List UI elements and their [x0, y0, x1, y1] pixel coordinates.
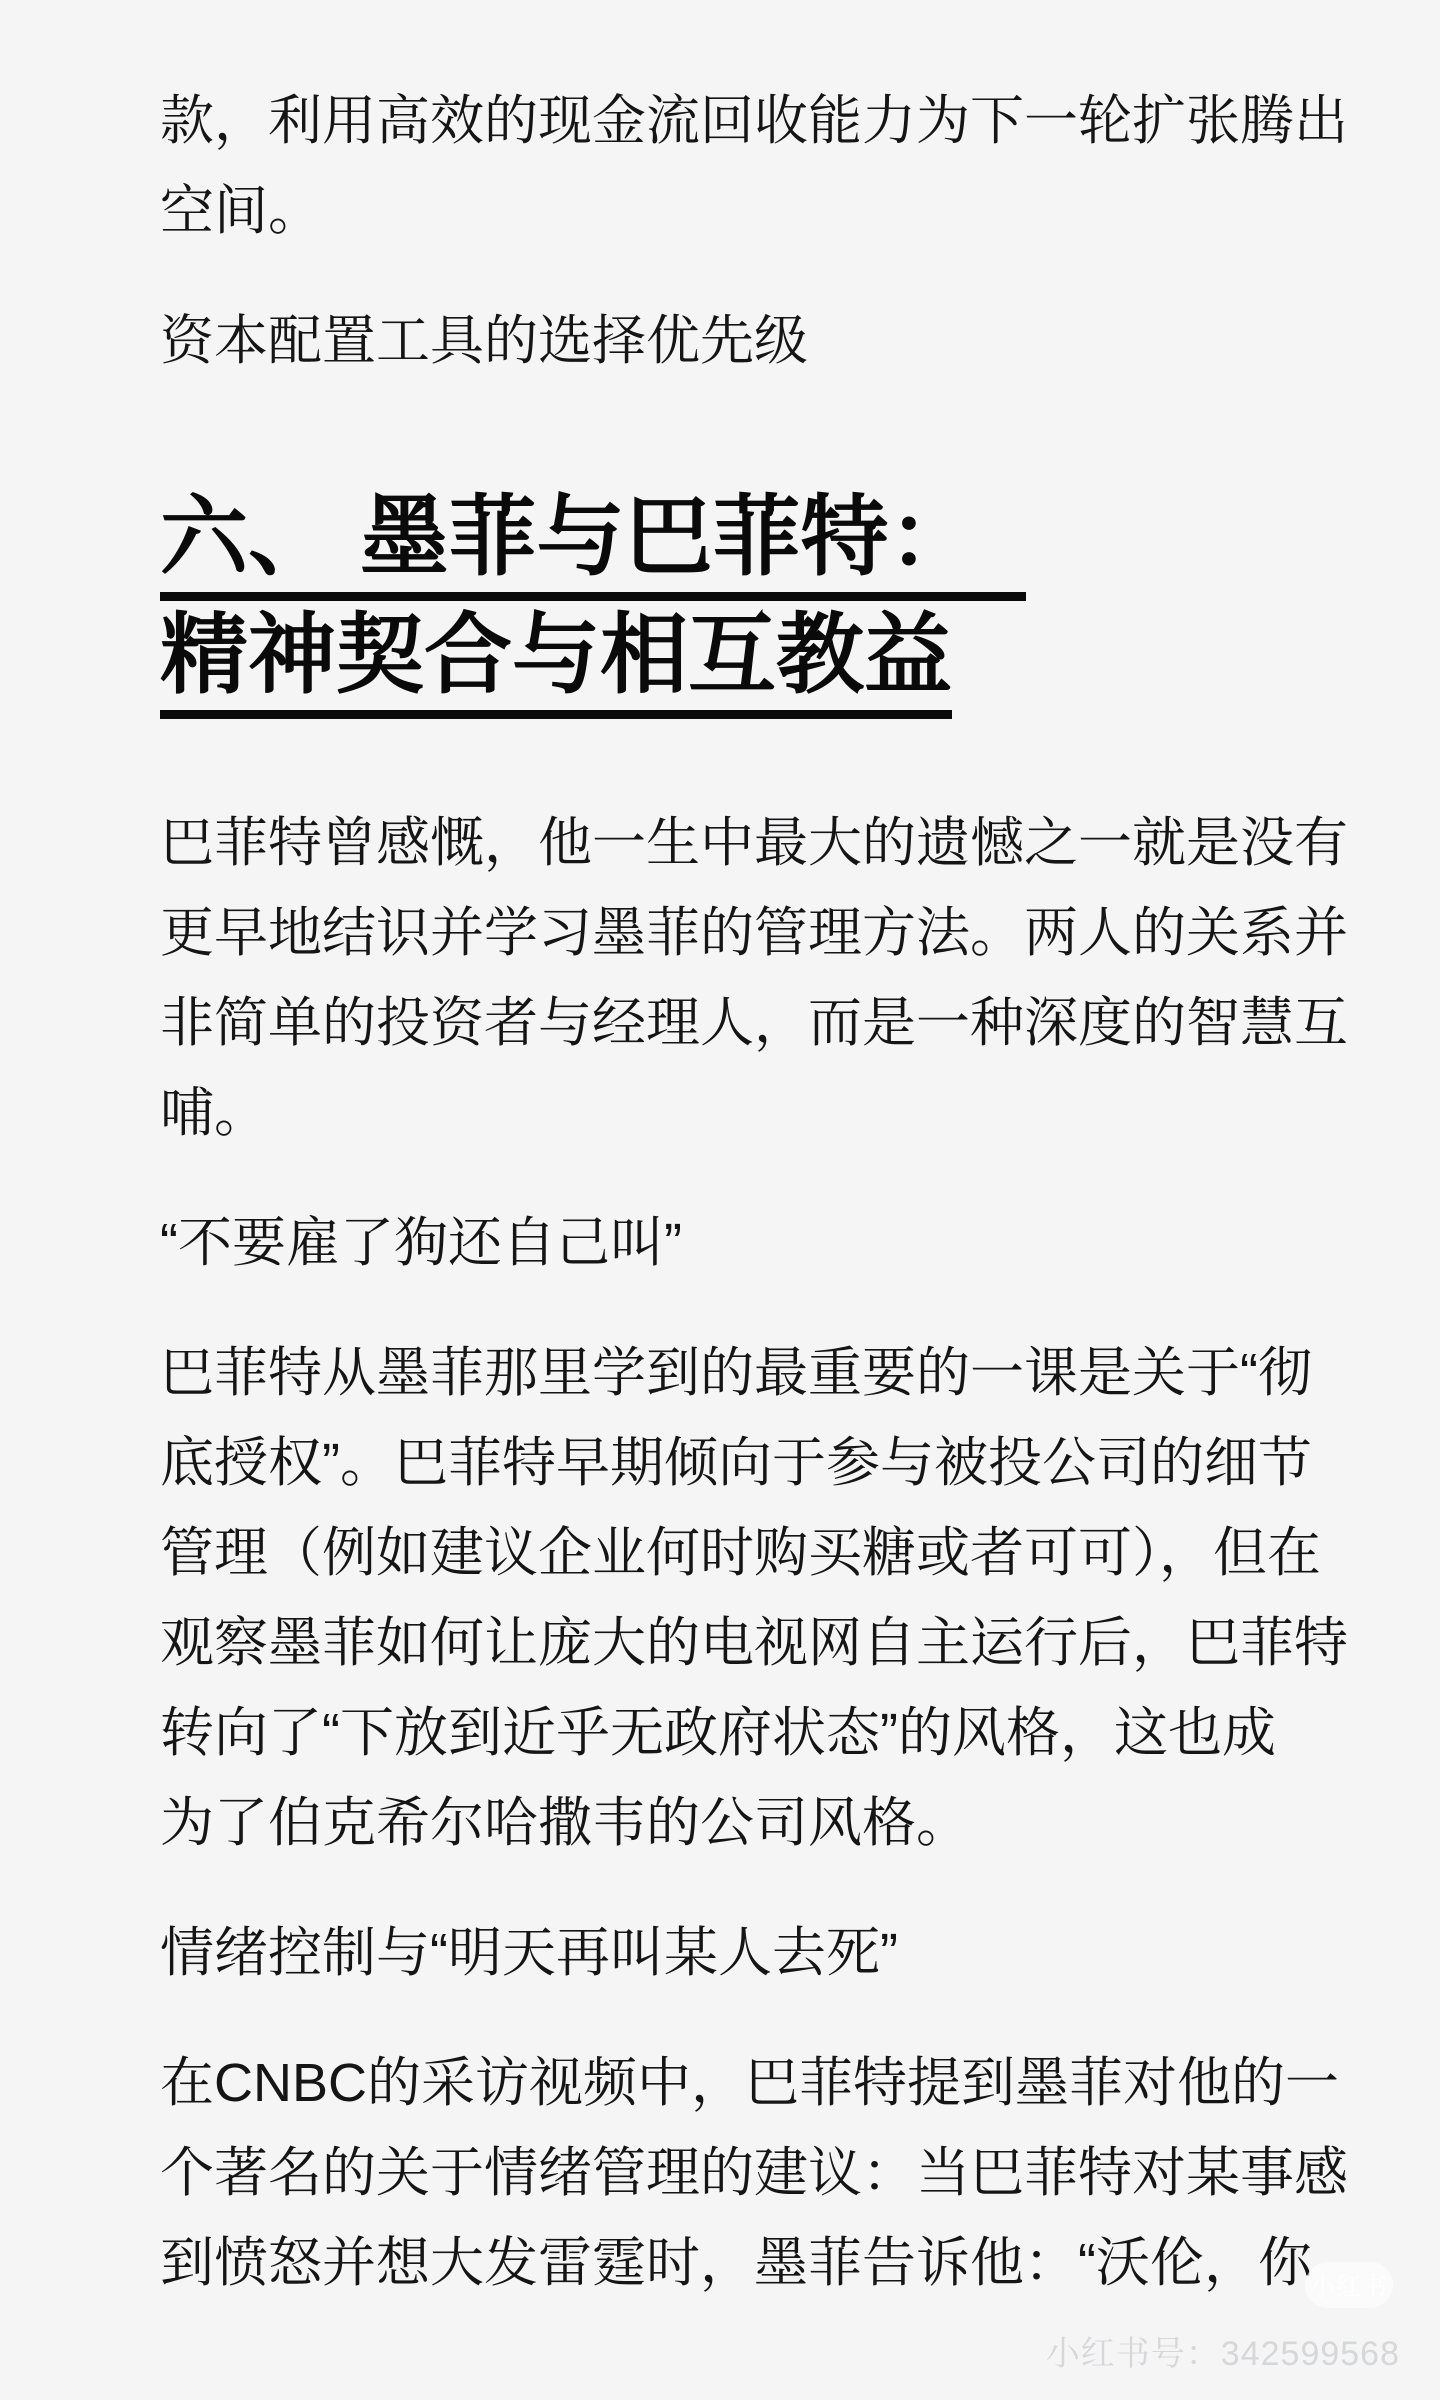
text-line: 更早地结识并学习墨菲的管理方法。两人的关系并: [160, 903, 1348, 963]
section-heading-line-2: 精神契合与相互教益: [160, 605, 952, 719]
text-line: 为了伯克希尔哈撒韦的公司风格。: [160, 1793, 970, 1853]
section-heading-line-1: 六、 墨菲与巴菲特：: [160, 487, 1026, 601]
xiaohongshu-logo-badge: 小红书: [1305, 2262, 1393, 2308]
subheading-emotion-control: 情绪控制与“明天再叫某人去死”: [160, 1908, 1390, 1998]
text-line: 哺。: [160, 1083, 268, 1143]
text-line: 转向了“下放到近乎无政府状态”的风格，这也成: [160, 1703, 1276, 1763]
text-line: “不要雇了狗还自己叫”: [160, 1213, 682, 1273]
paragraph-buffett-regret: 巴菲特曾感慨，他一生中最大的遗憾之一就是没有更早地结识并学习墨菲的管理方法。两人…: [160, 798, 1390, 1158]
section-heading: 六、 墨菲与巴菲特：精神契合与相互教益: [160, 478, 1390, 714]
text-line: 情绪控制与“明天再叫某人去死”: [160, 1923, 898, 1983]
paragraph-capital-allocation: 资本配置工具的选择优先级: [160, 296, 1390, 386]
article-body: 款，利用高效的现金流回收能力为下一轮扩张腾出空间。 资本配置工具的选择优先级 六…: [160, 0, 1390, 2308]
text-line: 非简单的投资者与经理人，而是一种深度的智慧互: [160, 993, 1348, 1053]
text-line: 款，利用高效的现金流回收能力为下一轮扩张腾出: [160, 91, 1348, 151]
text-line: 观察墨菲如何让庞大的电视网自主运行后，巴菲特: [160, 1613, 1348, 1673]
paragraph-cnbc: 在CNBC的采访视频中，巴菲特提到墨菲对他的一个著名的关于情绪管理的建议：当巴菲…: [160, 2038, 1390, 2308]
text-line: 管理（例如建议企业何时购买糖或者可可），但在: [160, 1523, 1321, 1583]
text-line: 巴菲特曾感慨，他一生中最大的遗憾之一就是没有: [160, 813, 1348, 873]
paragraph-intro: 款，利用高效的现金流回收能力为下一轮扩张腾出空间。: [160, 76, 1390, 256]
text-line: 到愤怒并想大发雷霆时，墨菲告诉他：“沃伦，你: [160, 2233, 1312, 2293]
text-line: 空间。: [160, 181, 322, 241]
text-line: 巴菲特从墨菲那里学到的最重要的一课是关于“彻: [160, 1343, 1312, 1403]
text-line: 底授权”。巴菲特早期倾向于参与被投公司的细节: [160, 1433, 1312, 1493]
text-line: 资本配置工具的选择优先级: [160, 311, 808, 371]
xiaohongshu-account-id: 小红书号：342599568: [1046, 2326, 1400, 2375]
text-line: 个著名的关于情绪管理的建议：当巴菲特对某事感: [160, 2143, 1348, 2203]
text-line: 在CNBC的采访视频中，巴菲特提到墨菲对他的一: [160, 2053, 1339, 2113]
xiaohongshu-logo-text: 小红书: [1310, 2267, 1388, 2303]
paragraph-delegation: 巴菲特从墨菲那里学到的最重要的一课是关于“彻底授权”。巴菲特早期倾向于参与被投公…: [160, 1328, 1390, 1868]
article-page: { "page": { "background": "#f5f5f6", "te…: [0, 0, 1440, 2400]
subheading-dog-quote: “不要雇了狗还自己叫”: [160, 1198, 1390, 1288]
